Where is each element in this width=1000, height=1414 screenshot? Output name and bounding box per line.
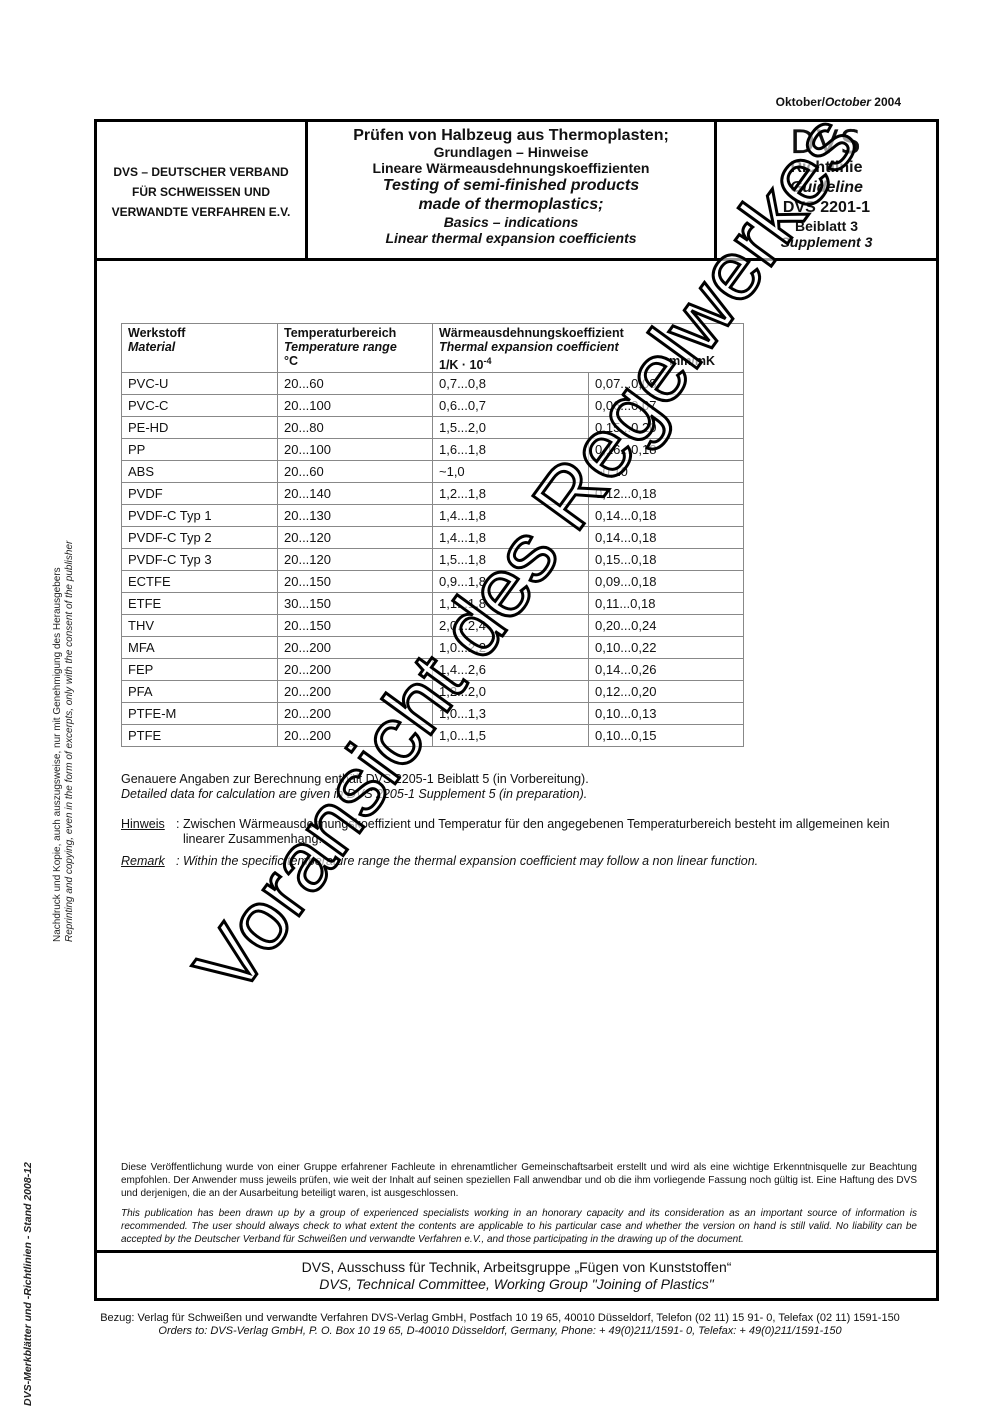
cell-temperature-range: 20...200 <box>278 703 433 725</box>
cell-coefficient-1k: 1,0...2,2 <box>433 637 589 659</box>
collection-status: DVS-Merkblätter und -Richtlinien - Stand… <box>22 1162 34 1406</box>
cell-coefficient-mmmk: 0,15...0,20 <box>589 417 744 439</box>
notes-section: Genauere Angaben zur Berechnung enthält … <box>121 772 921 869</box>
organization-name: DVS – DEUTSCHER VERBAND FÜR SCHWEISSEN U… <box>97 122 308 258</box>
table-row: PFA20...2001,2...2,00,12...0,20 <box>122 681 744 703</box>
col-material: WerkstoffMaterial <box>122 324 278 373</box>
cell-coefficient-mmmk: 0,10...0,15 <box>589 725 744 747</box>
table-row: PP20...1001,6...1,80,16...0,18 <box>122 439 744 461</box>
cell-material: PVDF-C Typ 2 <box>122 527 278 549</box>
cell-temperature-range: 20...200 <box>278 659 433 681</box>
cell-material: PVDF <box>122 483 278 505</box>
table-header-row: WerkstoffMaterial TemperaturbereichTempe… <box>122 324 744 373</box>
cell-temperature-range: 20...130 <box>278 505 433 527</box>
cell-material: MFA <box>122 637 278 659</box>
cell-material: ETFE <box>122 593 278 615</box>
cell-coefficient-1k: 1,4...1,8 <box>433 505 589 527</box>
cell-coefficient-1k: 1,0...1,3 <box>433 703 589 725</box>
table-row: PVC-C20...1000,6...0,70,06...0,07 <box>122 395 744 417</box>
cell-coefficient-1k: 1,2...1,8 <box>433 483 589 505</box>
cell-temperature-range: 20...60 <box>278 373 433 395</box>
cell-coefficient-1k: 1,6...1,8 <box>433 439 589 461</box>
cell-coefficient-mmmk: 0,10...0,13 <box>589 703 744 725</box>
cell-temperature-range: 20...150 <box>278 615 433 637</box>
document-title: Prüfen von Halbzeug aus Thermoplasten; G… <box>308 122 717 258</box>
cell-coefficient-mmmk: 0,07...0,08 <box>589 373 744 395</box>
ordering-info: Bezug: Verlag für Schweißen und verwandt… <box>0 1312 1000 1338</box>
cell-material: ECTFE <box>122 571 278 593</box>
cell-temperature-range: 20...120 <box>278 527 433 549</box>
table-row: ABS20...60~1,0~0,10 <box>122 461 744 483</box>
cell-material: PVC-U <box>122 373 278 395</box>
remark-note: Remark: Within the specific temperature … <box>121 854 921 869</box>
cell-coefficient-1k: 0,9...1,8 <box>433 571 589 593</box>
cell-coefficient-mmmk: 0,09...0,18 <box>589 571 744 593</box>
cell-material: PVDF-C Typ 3 <box>122 549 278 571</box>
table-row: ECTFE20...1500,9...1,80,09...0,18 <box>122 571 744 593</box>
cell-temperature-range: 20...120 <box>278 549 433 571</box>
table-row: PTFE20...2001,0...1,50,10...0,15 <box>122 725 744 747</box>
cell-coefficient-mmmk: ~0,10 <box>589 461 744 483</box>
cell-coefficient-mmmk: 0,14...0,18 <box>589 527 744 549</box>
cell-material: PTFE <box>122 725 278 747</box>
reference-note-en: Detailed data for calculation are given … <box>121 787 921 802</box>
cell-temperature-range: 30...150 <box>278 593 433 615</box>
table-row: PVDF-C Typ 220...1201,4...1,80,14...0,18 <box>122 527 744 549</box>
cell-coefficient-1k: 1,4...2,6 <box>433 659 589 681</box>
table-row: PVDF-C Typ 320...1201,5...1,80,15...0,18 <box>122 549 744 571</box>
cell-temperature-range: 20...200 <box>278 637 433 659</box>
table-row: PVDF-C Typ 120...1301,4...1,80,14...0,18 <box>122 505 744 527</box>
cell-temperature-range: 20...200 <box>278 725 433 747</box>
cell-coefficient-mmmk: 0,06...0,07 <box>589 395 744 417</box>
cell-coefficient-1k: 0,7...0,8 <box>433 373 589 395</box>
cell-coefficient-mmmk: 0,14...0,26 <box>589 659 744 681</box>
cell-coefficient-1k: 1,4...1,8 <box>433 527 589 549</box>
table-row: PVDF20...1401,2...1,80,12...0,18 <box>122 483 744 505</box>
cell-material: PTFE-M <box>122 703 278 725</box>
disclaimer: Diese Veröffentlichung wurde von einer G… <box>121 1161 917 1253</box>
cell-temperature-range: 20...140 <box>278 483 433 505</box>
cell-temperature-range: 20...100 <box>278 439 433 461</box>
cell-material: PVDF-C Typ 1 <box>122 505 278 527</box>
cell-coefficient-1k: 2,0...2,4 <box>433 615 589 637</box>
cell-coefficient-1k: 1,1...1,8 <box>433 593 589 615</box>
copyright-notice: Nachdruck und Kopie, auch auszugsweise, … <box>52 541 76 942</box>
expansion-coefficient-table: WerkstoffMaterial TemperaturbereichTempe… <box>121 323 744 747</box>
cell-temperature-range: 20...150 <box>278 571 433 593</box>
document-id-block: DVS Richtlinie Guideline DVS 2201-1 Beib… <box>717 122 936 258</box>
cell-temperature-range: 20...80 <box>278 417 433 439</box>
cell-coefficient-1k: 1,0...1,5 <box>433 725 589 747</box>
table-row: PTFE-M20...2001,0...1,30,10...0,13 <box>122 703 744 725</box>
cell-temperature-range: 20...60 <box>278 461 433 483</box>
hint-note: Hinweis: Zwischen Wärmeausdehnungskoeffi… <box>121 817 921 847</box>
document-number: DVS 2201-1 <box>717 198 936 218</box>
cell-coefficient-1k: 1,5...2,0 <box>433 417 589 439</box>
cell-coefficient-1k: 1,5...1,8 <box>433 549 589 571</box>
committee-box: DVS, Ausschuss für Technik, Arbeitsgrupp… <box>97 1250 936 1298</box>
cell-coefficient-mmmk: 0,11...0,18 <box>589 593 744 615</box>
cell-material: PVC-C <box>122 395 278 417</box>
cell-coefficient-mmmk: 0,16...0,18 <box>589 439 744 461</box>
cell-coefficient-1k: 0,6...0,7 <box>433 395 589 417</box>
cell-material: THV <box>122 615 278 637</box>
publication-date: Oktober/October 2004 <box>776 95 901 109</box>
cell-coefficient-mmmk: 0,14...0,18 <box>589 505 744 527</box>
cell-material: PFA <box>122 681 278 703</box>
cell-temperature-range: 20...100 <box>278 395 433 417</box>
cell-material: ABS <box>122 461 278 483</box>
document-frame: DVS – DEUTSCHER VERBAND FÜR SCHWEISSEN U… <box>94 119 939 1301</box>
cell-coefficient-mmmk: 0,10...0,22 <box>589 637 744 659</box>
cell-coefficient-mmmk: 0,12...0,20 <box>589 681 744 703</box>
cell-material: PP <box>122 439 278 461</box>
cell-coefficient-mmmk: 0,12...0,18 <box>589 483 744 505</box>
cell-coefficient-mmmk: 0,20...0,24 <box>589 615 744 637</box>
table-row: THV20...1502,0...2,40,20...0,24 <box>122 615 744 637</box>
table-row: PE-HD20...801,5...2,00,15...0,20 <box>122 417 744 439</box>
cell-coefficient-1k: 1,2...2,0 <box>433 681 589 703</box>
cell-material: PE-HD <box>122 417 278 439</box>
col-coefficient: WärmeausdehnungskoeffizientThermal expan… <box>433 324 744 373</box>
cell-material: FEP <box>122 659 278 681</box>
reference-note-de: Genauere Angaben zur Berechnung enthält … <box>121 772 921 787</box>
table-row: FEP20...2001,4...2,60,14...0,26 <box>122 659 744 681</box>
title-block: DVS – DEUTSCHER VERBAND FÜR SCHWEISSEN U… <box>97 122 936 261</box>
dvs-logo: DVS <box>717 126 936 158</box>
cell-coefficient-mmmk: 0,15...0,18 <box>589 549 744 571</box>
cell-temperature-range: 20...200 <box>278 681 433 703</box>
col-temperature: TemperaturbereichTemperature range°C <box>278 324 433 373</box>
table-row: PVC-U20...600,7...0,80,07...0,08 <box>122 373 744 395</box>
table-row: ETFE30...1501,1...1,80,11...0,18 <box>122 593 744 615</box>
table-row: MFA20...2001,0...2,20,10...0,22 <box>122 637 744 659</box>
cell-coefficient-1k: ~1,0 <box>433 461 589 483</box>
